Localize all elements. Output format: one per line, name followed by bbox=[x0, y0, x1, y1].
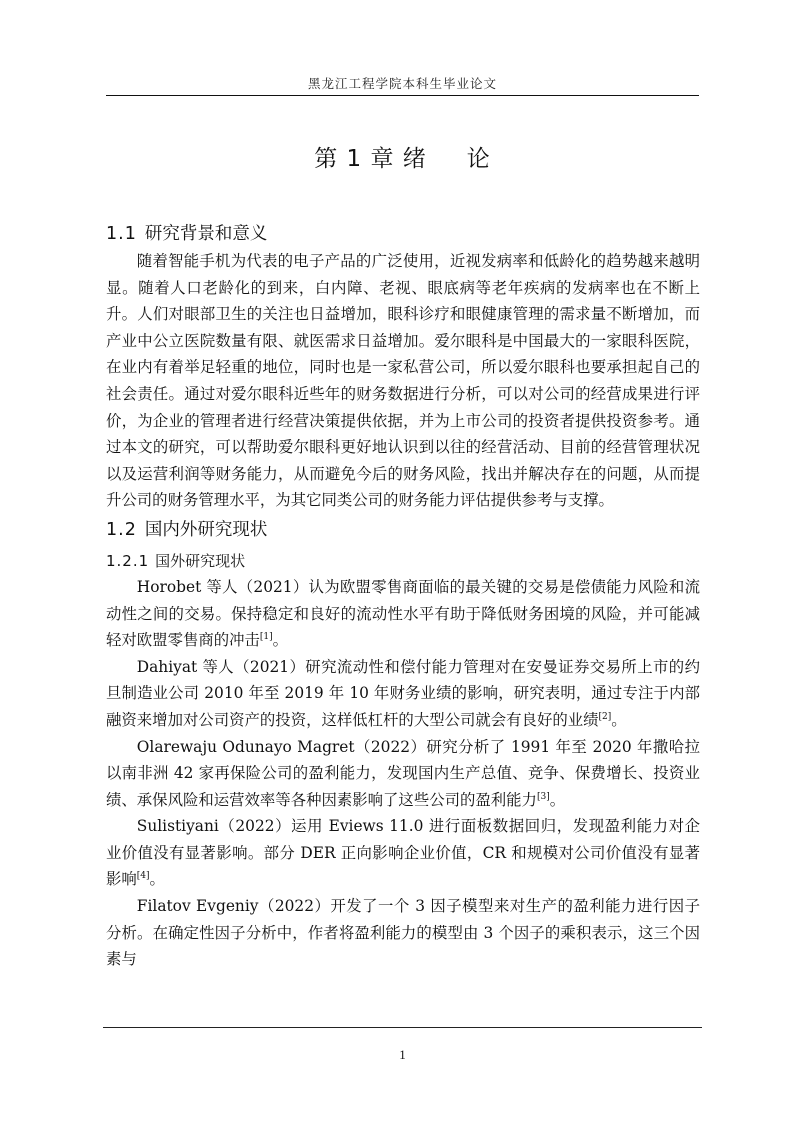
section-heading-1-1: 1.1研究背景和意义 bbox=[106, 220, 700, 248]
page-body: 1.1研究背景和意义 随着智能手机为代表的电子产品的广泛使用，近视发病率和低龄化… bbox=[106, 220, 700, 973]
citation-ref-4[interactable]: [4] bbox=[137, 871, 150, 881]
subsection-title: 国外研究现状 bbox=[155, 552, 245, 570]
paragraph-end: 。 bbox=[550, 791, 565, 809]
header-divider bbox=[106, 95, 699, 96]
section-heading-1-2: 1.2国内外研究现状 bbox=[106, 516, 700, 544]
paragraph-text: Olarewaju Odunayo Magret（2022）研究分析了 1991… bbox=[106, 738, 700, 809]
section-number: 1.1 bbox=[106, 224, 137, 244]
section-title: 研究背景和意义 bbox=[145, 224, 268, 244]
paragraph-background: 随着智能手机为代表的电子产品的广泛使用，近视发病率和低龄化的趋势越来越明显。随着… bbox=[106, 248, 700, 514]
page-number: 1 bbox=[106, 1047, 699, 1063]
section-number: 1.2 bbox=[106, 520, 137, 540]
paragraph-end: 。 bbox=[611, 711, 626, 729]
section-title: 国内外研究现状 bbox=[145, 520, 268, 540]
citation-ref-1[interactable]: [1] bbox=[260, 632, 273, 642]
paragraph-horobet: Horobet 等人（2021）认为欧盟零售商面临的最关键的交易是偿债能力风险和… bbox=[106, 574, 700, 654]
paragraph-sulistiyani: Sulistiyani（2022）运用 Eviews 11.0 进行面板数据回归… bbox=[106, 813, 700, 893]
paragraph-end: 。 bbox=[150, 870, 165, 888]
chapter-title: 第 1 章 绪论 bbox=[106, 140, 699, 173]
paragraph-end: 。 bbox=[273, 631, 288, 649]
subsection-heading-1-2-1: 1.2.1国外研究现状 bbox=[106, 548, 700, 574]
paragraph-filatov: Filatov Evgeniy（2022）开发了一个 3 因子模型来对生产的盈利… bbox=[106, 893, 700, 973]
chapter-title-prefix: 第 1 章 绪 bbox=[314, 146, 427, 172]
footer-divider bbox=[103, 1027, 702, 1028]
citation-ref-3[interactable]: [3] bbox=[537, 792, 550, 802]
paragraph-text: Horobet 等人（2021）认为欧盟零售商面临的最关键的交易是偿债能力风险和… bbox=[106, 578, 700, 649]
chapter-title-suffix: 论 bbox=[467, 146, 491, 172]
subsection-number: 1.2.1 bbox=[106, 552, 149, 570]
running-header: 黑龙江工程学院本科生毕业论文 bbox=[106, 74, 699, 92]
paragraph-dahiyat: Dahiyat 等人（2021）研究流动性和偿付能力管理对在安曼证券交易所上市的… bbox=[106, 654, 700, 734]
paragraph-olarewaju: Olarewaju Odunayo Magret（2022）研究分析了 1991… bbox=[106, 734, 700, 814]
paragraph-text: Sulistiyani（2022）运用 Eviews 11.0 进行面板数据回归… bbox=[106, 817, 700, 888]
citation-ref-2[interactable]: [2] bbox=[599, 712, 612, 722]
paragraph-text: Filatov Evgeniy（2022）开发了一个 3 因子模型来对生产的盈利… bbox=[106, 897, 700, 968]
